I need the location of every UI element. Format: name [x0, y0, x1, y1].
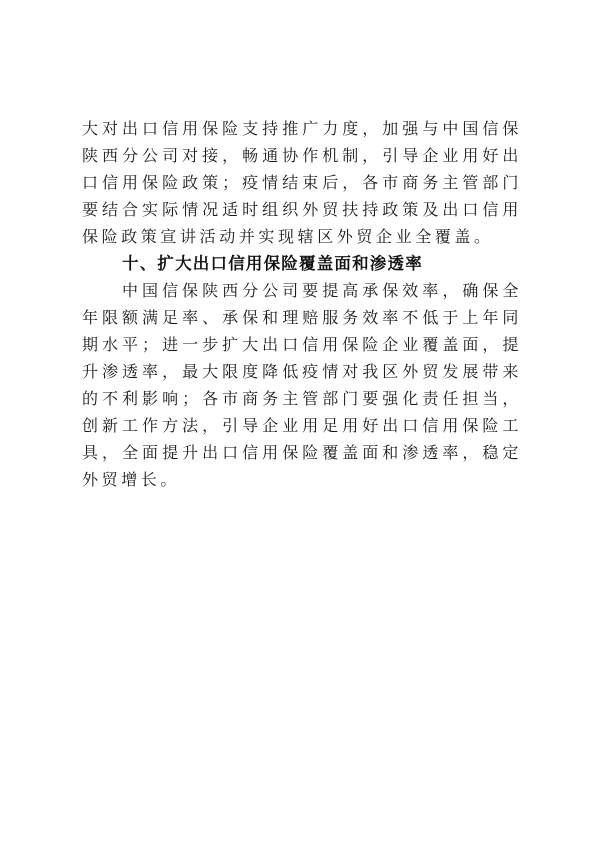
- section-body-paragraph: 中国信保陕西分公司要提高承保效率，确保全年限额满足率、承保和理赔服务效率不低于上…: [82, 277, 522, 493]
- document-page: 大对出口信用保险支持推广力度，加强与中国信保陕西分公司对接，畅通协作机制，引导企…: [82, 115, 522, 493]
- section-heading: 十、扩大出口信用保险覆盖面和渗透率: [82, 250, 522, 277]
- continued-paragraph: 大对出口信用保险支持推广力度，加强与中国信保陕西分公司对接，畅通协作机制，引导企…: [82, 115, 522, 250]
